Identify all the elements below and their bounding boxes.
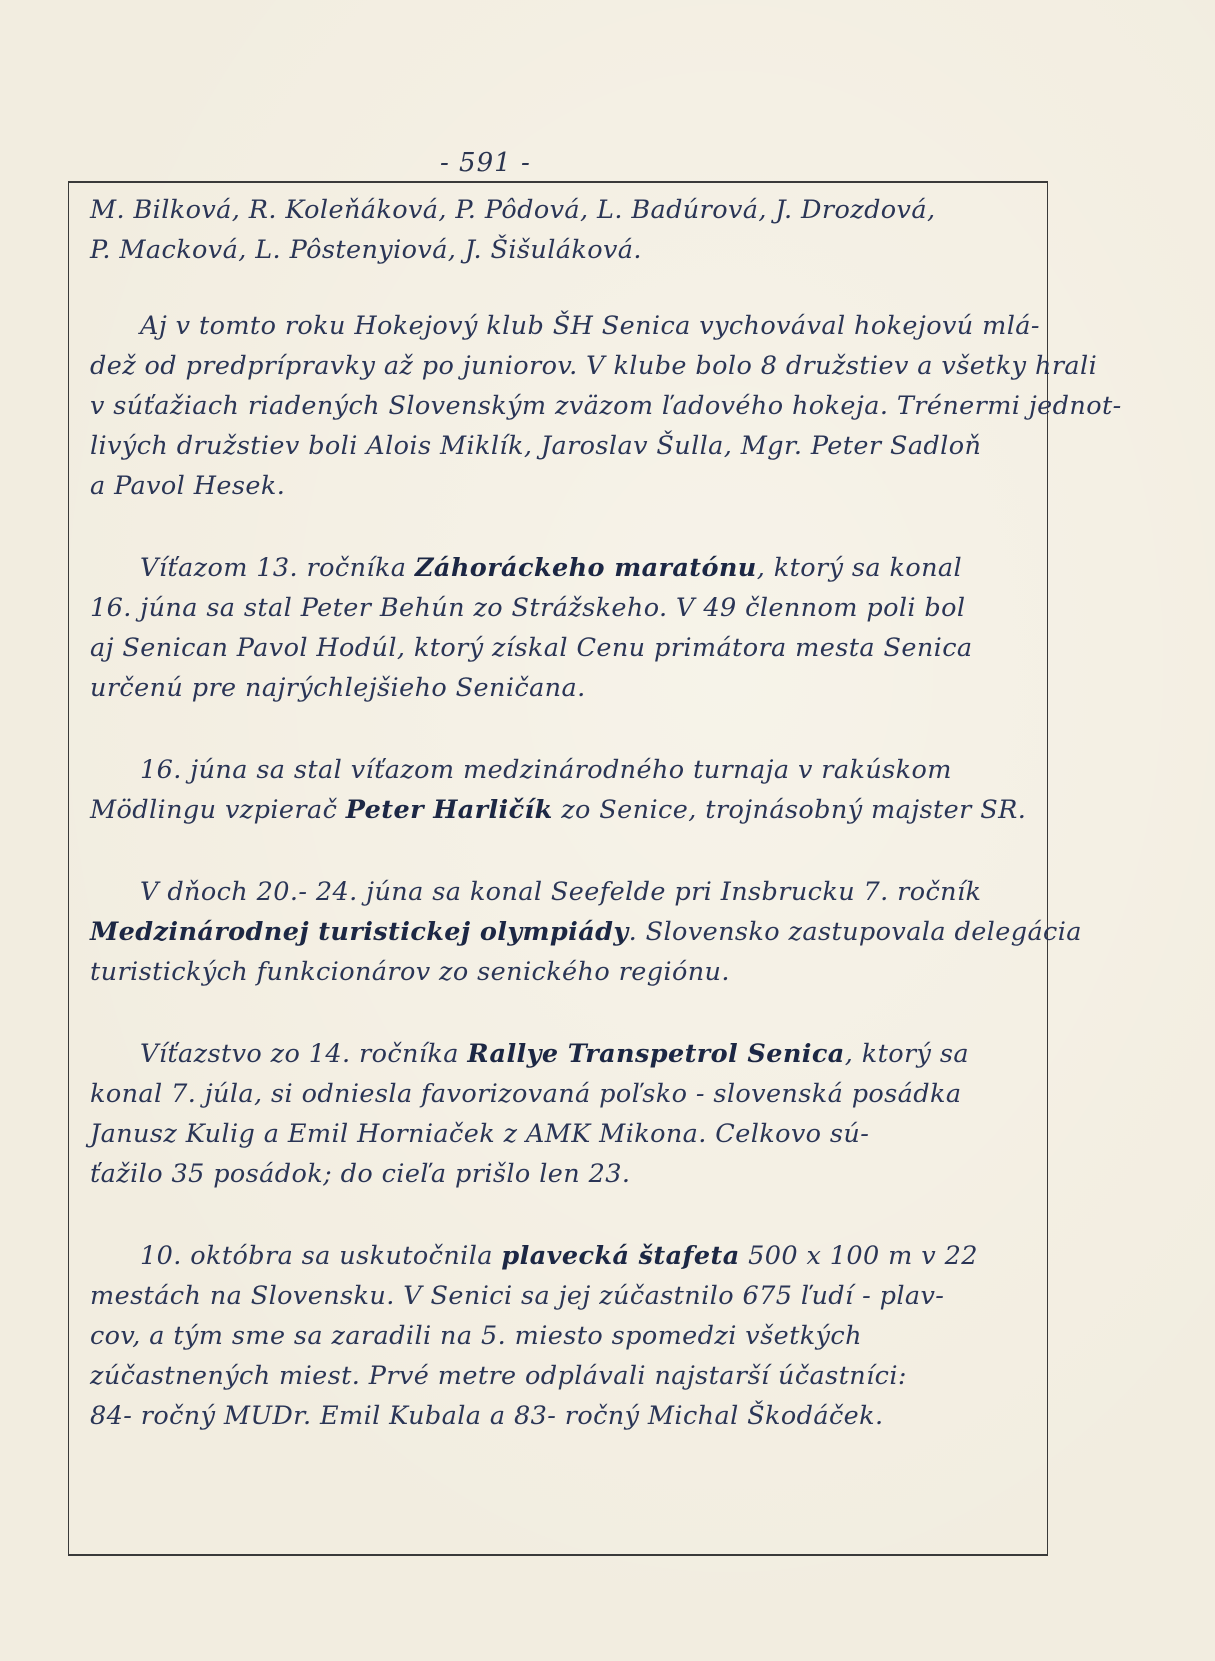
text-line: Mödlingu vzpierač Peter Harličík zo Seni…	[90, 790, 1030, 830]
text-line: Janusz Kulig a Emil Horniaček z AMK Miko…	[90, 1114, 1030, 1154]
text-line: 16. júna sa stal Peter Behún zo Stráž­sk…	[90, 588, 1030, 628]
text-line: v súťažiach riadených Slovenským zväzom …	[90, 386, 1030, 426]
text-line: 84- ročný MUDr. Emil Kubala a 83- ročný …	[90, 1396, 1030, 1436]
text-run: 500 x 100 m v 22	[740, 1241, 978, 1271]
text-line: M. Bilková, R. Koleňáková, P. Pôdová, L.…	[90, 190, 1030, 230]
paragraph-swimming-relay: 10. októbra sa uskutočnila plavecká štaf…	[90, 1236, 1030, 1436]
text-line: P. Macková, L. Pôstenyiová, J. Šišulákov…	[90, 230, 1030, 270]
paragraph-rally: Víťazstvo zo 14. ročníka Rallye Transpet…	[90, 1034, 1030, 1194]
text-line: 16. júna sa stal víťazom medzinárodného …	[90, 750, 1030, 790]
text-run: Mödlingu vzpierač	[90, 795, 346, 825]
paragraph-weightlifting: 16. júna sa stal víťazom medzinárodného …	[90, 750, 1030, 830]
text-line: Medzinárodnej turistickej olympiády. Slo…	[90, 912, 1030, 952]
text-run: . Slovensko zastupovala delegácia	[629, 917, 1082, 947]
text-line: zúčastnených miest. Prvé metre odplávali…	[90, 1356, 1030, 1396]
text-line: livých družstiev boli Alois Miklík, Jaro…	[90, 426, 1030, 466]
event-name-emphasis: plavecká štafeta	[501, 1241, 739, 1271]
text-line: a Pavol Hesek.	[90, 466, 1030, 506]
page-number: - 591 -	[440, 148, 531, 178]
event-name-emphasis: Medzinárodnej turistickej olympiády	[90, 917, 629, 947]
chronicle-text: M. Bilková, R. Koleňáková, P. Pôdová, L.…	[90, 190, 1030, 1436]
text-run: zo Senice, trojnásobný majster SR.	[553, 795, 1027, 825]
text-line: Aj v tomto roku Hokejový klub ŠH Senica …	[90, 306, 1030, 346]
event-name-emphasis: Rallye Transpetrol Senica	[467, 1039, 844, 1069]
event-name-emphasis: Záhoráckeho maratónu	[415, 553, 757, 583]
text-run: Víťazom 13. ročníka	[140, 553, 415, 583]
text-run: , ktorý sa	[845, 1039, 969, 1069]
person-name-emphasis: Peter Harličík	[346, 795, 553, 825]
paragraph-hockey-club: Aj v tomto roku Hokejový klub ŠH Senica …	[90, 306, 1030, 506]
text-line: turistických funkcionárov zo senického r…	[90, 952, 1030, 992]
text-line: cov, a tým sme sa zaradili na 5. miesto …	[90, 1316, 1030, 1356]
text-line: Víťazstvo zo 14. ročníka Rallye Transpet…	[90, 1034, 1030, 1074]
text-line: ťažilo 35 posádok; do cieľa prišlo len 2…	[90, 1154, 1030, 1194]
text-line: aj Senica­n Pavol Hodúl, ktorý získal Ce…	[90, 628, 1030, 668]
text-line: Víťazom 13. ročníka Záhoráckeho maratónu…	[90, 548, 1030, 588]
text-line: určenú pre najrýchlejšieho Seničana.	[90, 668, 1030, 708]
paragraph-names: M. Bilková, R. Koleňáková, P. Pôdová, L.…	[90, 190, 1030, 270]
text-line: V dňoch 20.- 24. júna sa konal Seefelde …	[90, 872, 1030, 912]
text-line: mestách na Slovensku. V Senici sa jej zú…	[90, 1276, 1030, 1316]
text-run: Víťazstvo zo 14. ročníka	[140, 1039, 467, 1069]
text-run: , ktorý sa konal	[757, 553, 962, 583]
paragraph-tourist-olympiad: V dňoch 20.- 24. júna sa konal Seefelde …	[90, 872, 1030, 992]
paragraph-marathon: Víťazom 13. ročníka Záhoráckeho maratónu…	[90, 548, 1030, 708]
handwritten-chronicle-page: - 591 - M. Bilková, R. Koleňáková, P. Pô…	[0, 0, 1215, 1661]
text-line: 10. októbra sa uskutočnila plavecká štaf…	[90, 1236, 1030, 1276]
text-line: dež od predprípravky až po juniorov. V k…	[90, 346, 1030, 386]
text-run: 10. októbra sa uskutočnila	[140, 1241, 501, 1271]
text-line: konal 7. júla, si odniesla favorizovaná …	[90, 1074, 1030, 1114]
